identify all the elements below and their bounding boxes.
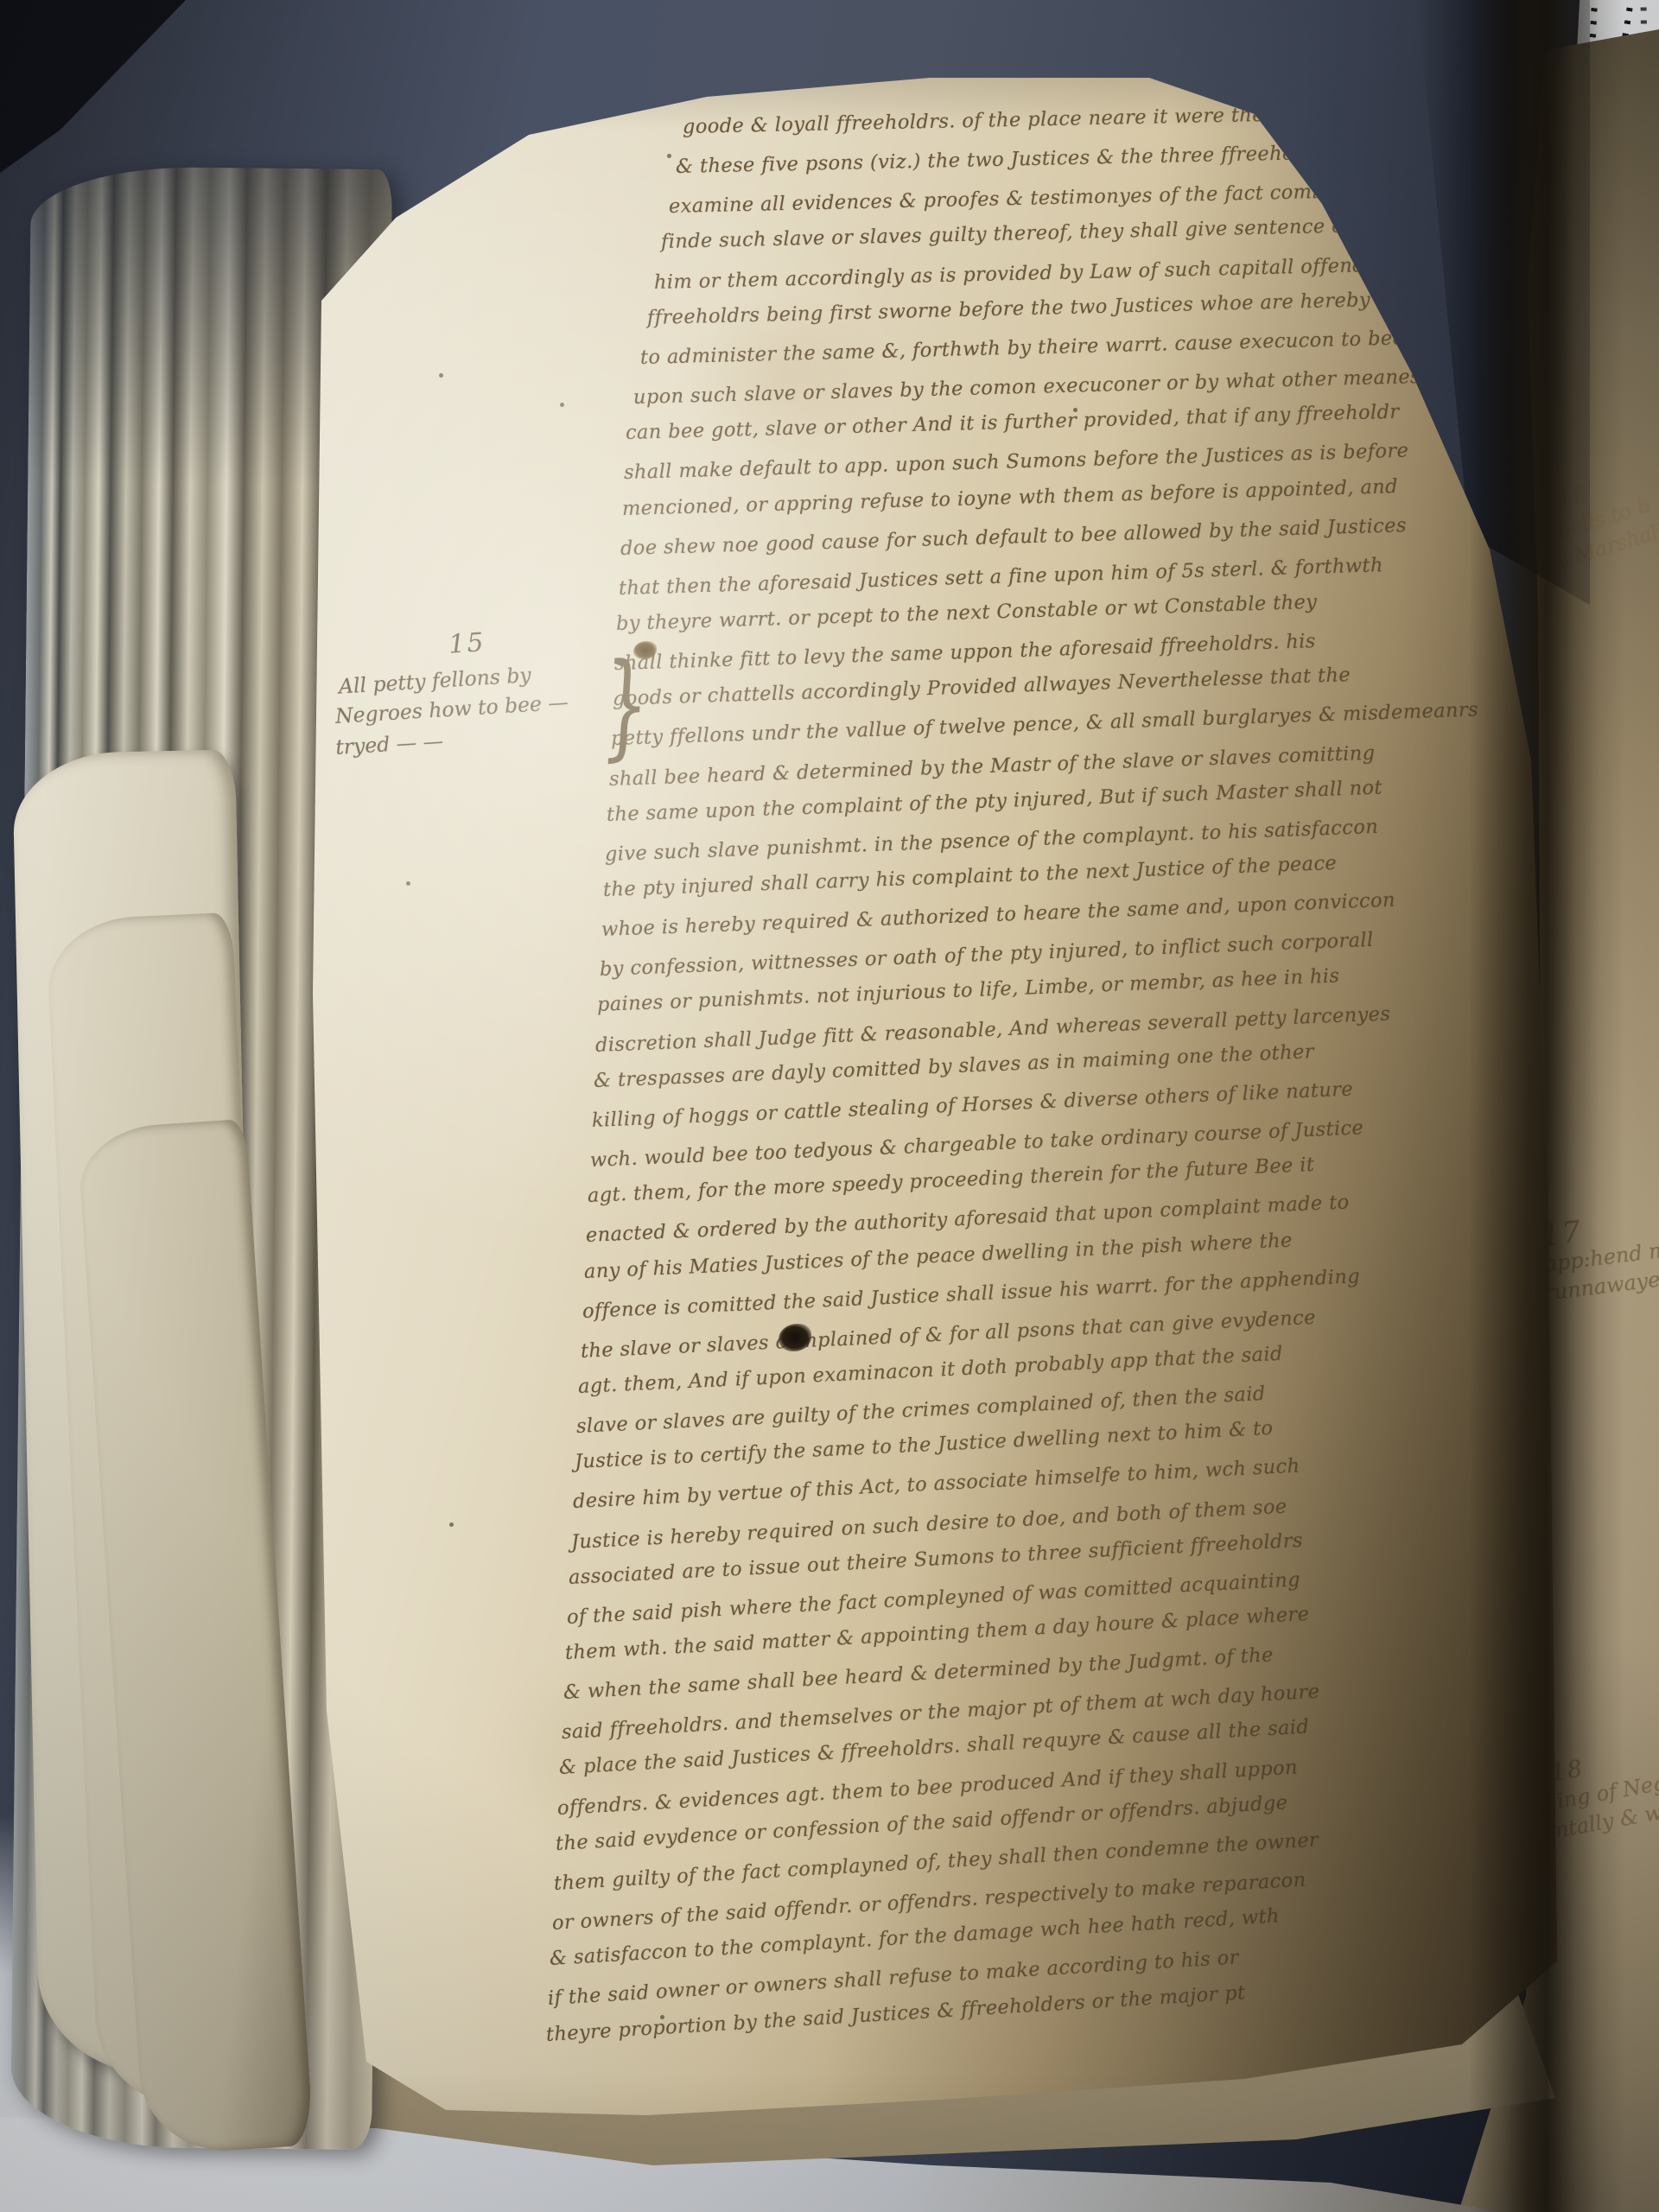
ink-speck <box>667 154 671 158</box>
manuscript-line: upon such slave or slaves by the comon e… <box>632 365 1421 409</box>
ink-speck <box>1073 408 1077 412</box>
section-number: 15 <box>448 627 486 660</box>
manuscript-line: mencioned, or appring refuse to ioyne wt… <box>622 475 1399 520</box>
manuscript-line: shall make default to app. upon such Sum… <box>624 440 1409 484</box>
manuscript-line: to administer the same &, forthwth by th… <box>639 326 1460 369</box>
manuscript-line: ffreeholdrs being first sworne before th… <box>647 286 1479 329</box>
margin-note-line: tryed — — <box>334 728 443 760</box>
ink-speck <box>439 373 443 378</box>
ink-speck <box>406 881 410 886</box>
archive-photo-stage: 16 rebells to b by Marshall all 17 ye ap… <box>0 0 1659 2212</box>
manuscript-line: doe shew noe good cause for such default… <box>620 514 1407 560</box>
gutter-shadow <box>1469 0 1599 2212</box>
ink-speck <box>560 403 564 407</box>
margin-note-15: 15 All petty fellons by Negroes how to b… <box>329 618 650 801</box>
ink-speck <box>660 2015 664 2019</box>
manuscript-line: can bee gott, slave or other And it is f… <box>626 401 1400 444</box>
manuscript-line: by theyre warrt. or pcept to the next Co… <box>616 591 1318 635</box>
ink-speck <box>449 1522 454 1527</box>
